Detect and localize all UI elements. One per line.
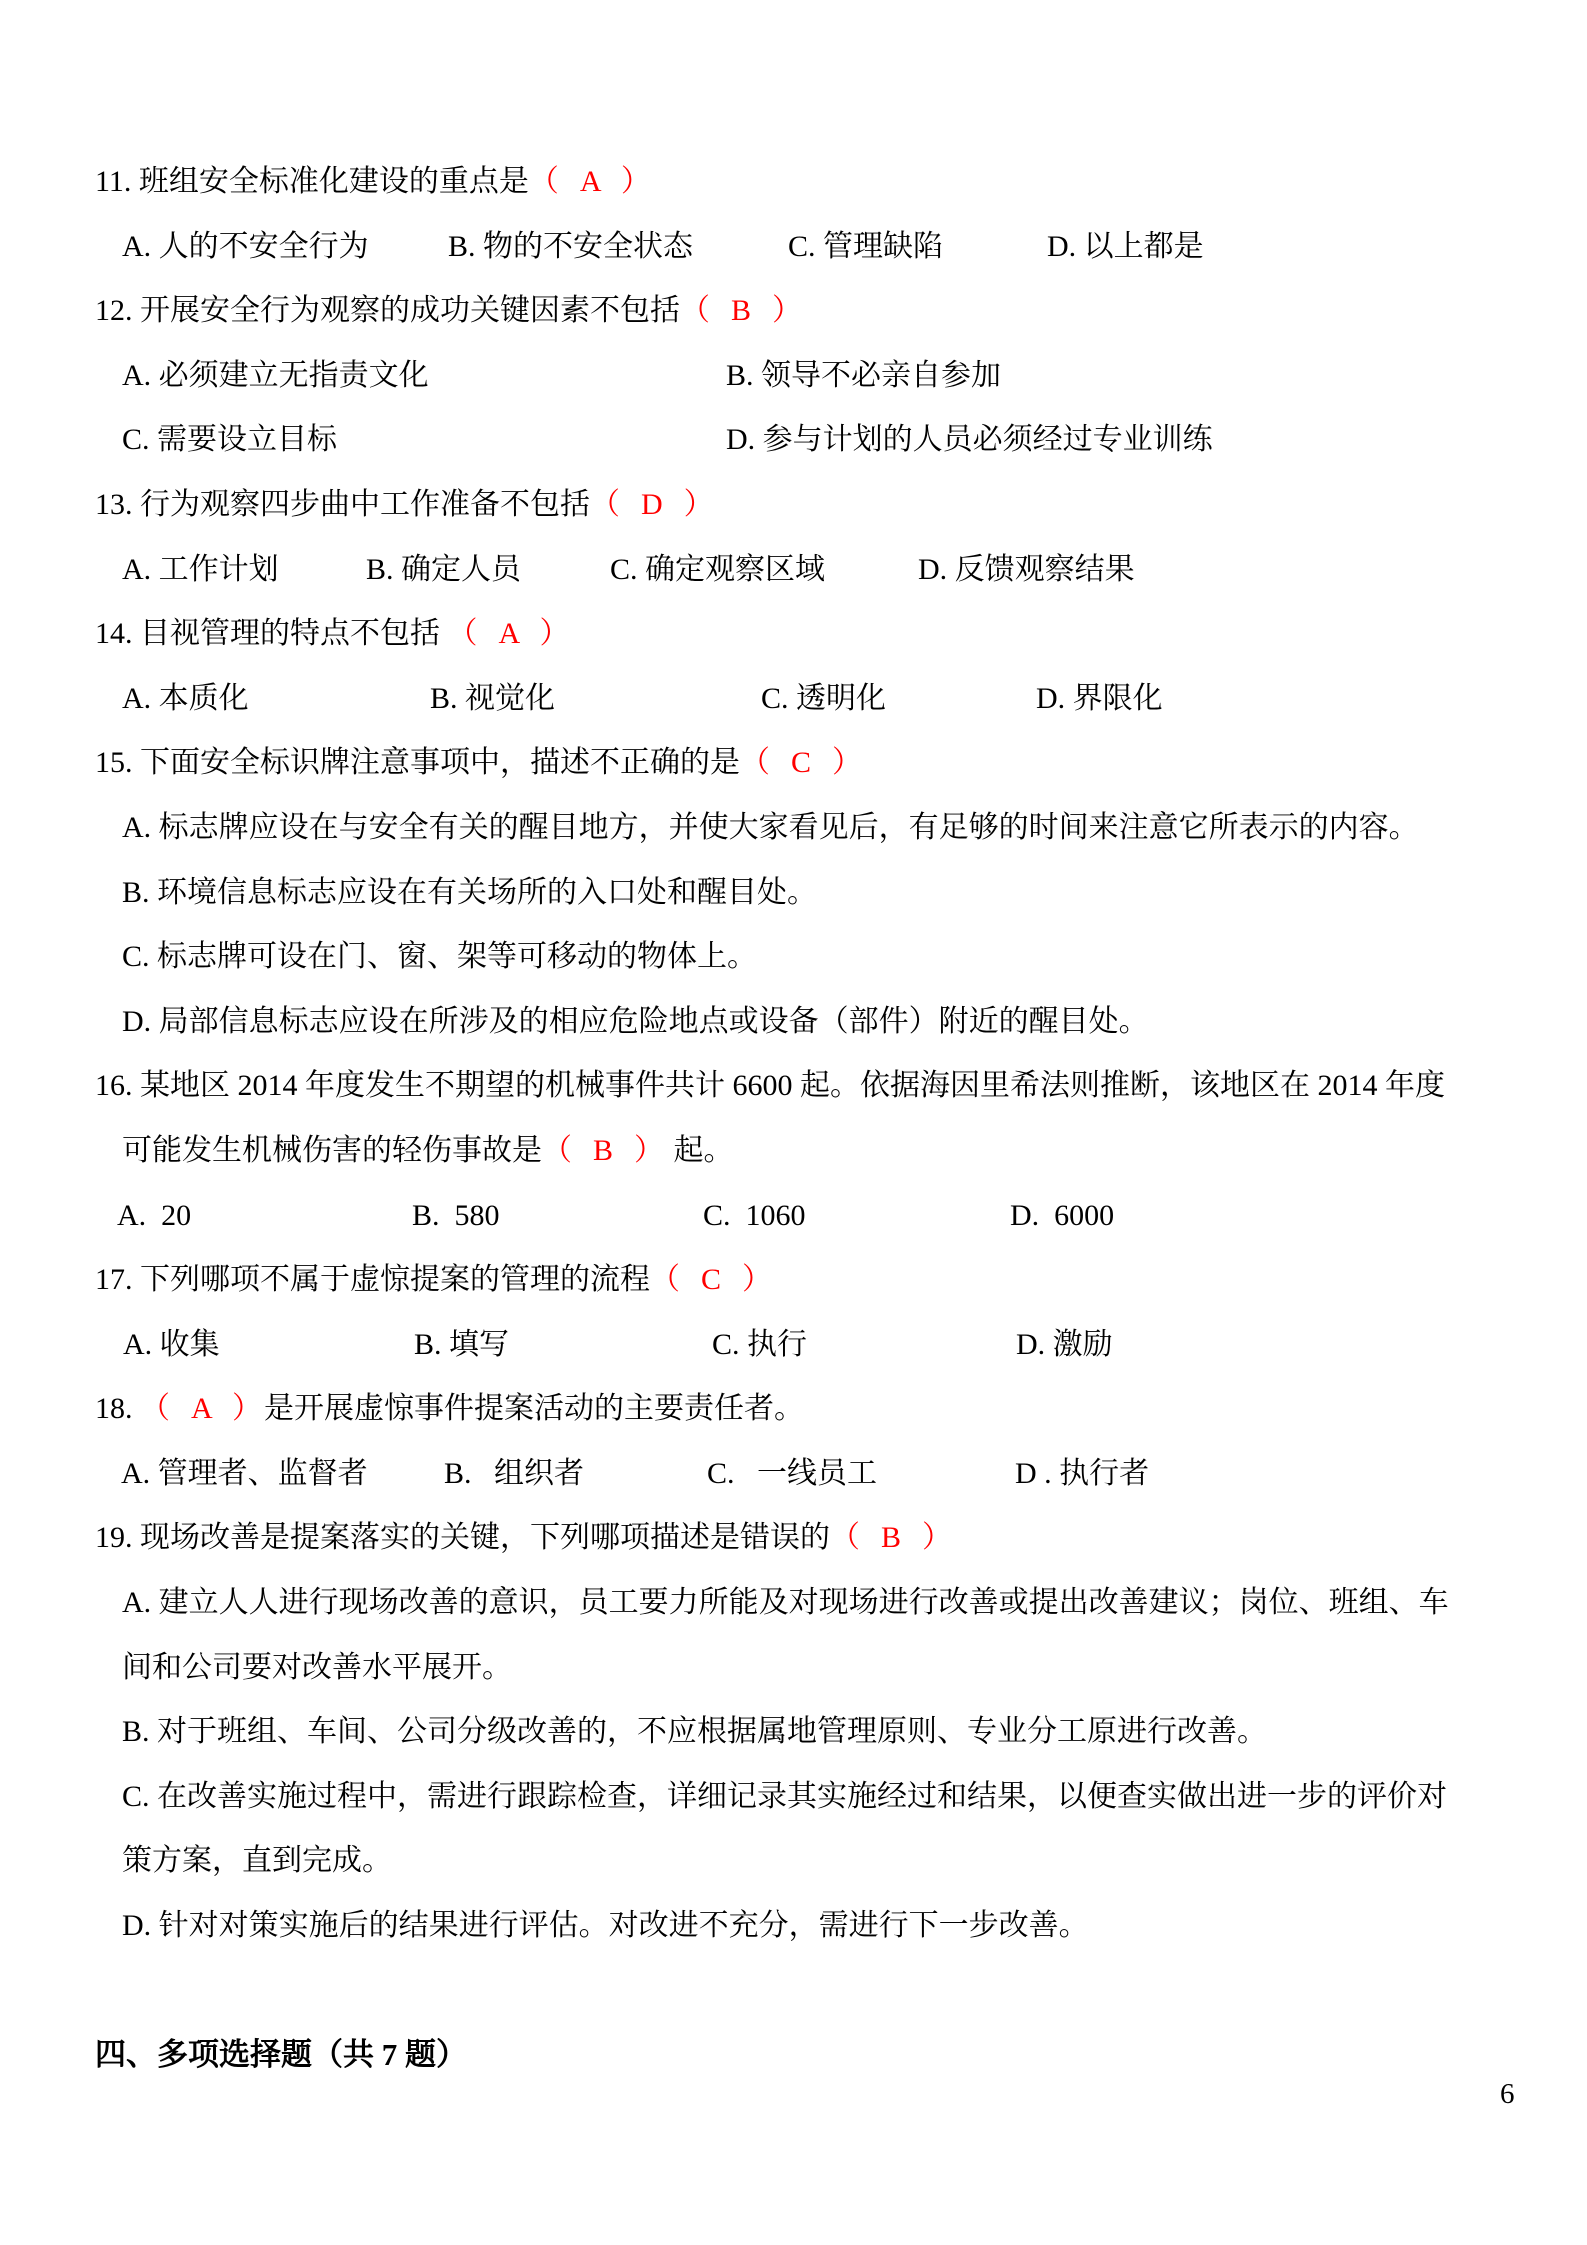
question-12-option-b: B. 领导不必亲自参加 <box>726 344 1001 409</box>
question-13-option-c: C. 确定观察区域 <box>610 538 825 603</box>
question-17-answer: （ C ） <box>650 1263 774 1296</box>
question-15-option-b-text: B. 环境信息标志应设在有关场所的入口处和醒目处。 <box>122 876 817 909</box>
question-19-option-a-text-1: A. 建立人人进行现场改善的意识，员工要力所能及对现场进行改善或提出改善建议；岗… <box>122 1586 1449 1619</box>
question-16-option-a: A. 20 <box>117 1184 191 1249</box>
question-18-option-d: D . 执行者 <box>1015 1442 1149 1507</box>
question-16-option-c: C. 1060 <box>703 1184 806 1249</box>
question-16-option-d: D. 6000 <box>1010 1184 1114 1249</box>
question-17-option-c: C. 执行 <box>712 1313 807 1378</box>
question-12-option-a: A. 必须建立无指责文化 <box>122 344 429 409</box>
blank-line <box>0 1959 1587 2024</box>
question-11-option-d: D. 以上都是 <box>1047 215 1204 280</box>
question-18-stem-pre: 18. <box>95 1392 140 1425</box>
question-14-stem-text: 14. 目视管理的特点不包括 <box>95 617 448 650</box>
question-18-options-row: A. 管理者、监督者 B. 组织者 C. 一线员工 D . 执行者 <box>0 1442 1587 1507</box>
question-15-option-d: D. 局部信息标志应设在所涉及的相应危险地点或设备（部件）附近的醒目处。 <box>0 990 1587 1055</box>
question-13-option-d: D. 反馈观察结果 <box>918 538 1135 603</box>
question-18-option-a: A. 管理者、监督者 <box>121 1442 368 1507</box>
question-19-option-c-text-2: 策方案，直到完成。 <box>122 1844 392 1877</box>
question-15-option-d-text: D. 局部信息标志应设在所涉及的相应危险地点或设备（部件）附近的醒目处。 <box>122 1005 1149 1038</box>
question-11-stem-text: 11. 班组安全标准化建设的重点是 <box>95 165 529 198</box>
question-15-option-a: A. 标志牌应设在与安全有关的醒目地方，并使大家看见后，有足够的时间来注意它所表… <box>0 796 1587 861</box>
question-12-options-row-1: A. 必须建立无指责文化 B. 领导不必亲自参加 <box>0 344 1587 409</box>
question-18-stem: 18. （ A ）是开展虚惊事件提案活动的主要责任者。 <box>0 1377 1587 1442</box>
question-13-options-row: A. 工作计划 B. 确定人员 C. 确定观察区域 D. 反馈观察结果 <box>0 538 1587 603</box>
question-15-option-b: B. 环境信息标志应设在有关场所的入口处和醒目处。 <box>0 861 1587 926</box>
question-16-stem-line-2: 可能发生机械伤害的轻伤事故是（ B ） 起。 <box>0 1119 1587 1184</box>
question-18-stem-post: 是开展虚惊事件提案活动的主要责任者。 <box>264 1392 804 1425</box>
question-17-option-d: D. 激励 <box>1016 1313 1113 1378</box>
question-16-option-b: B. 580 <box>412 1184 500 1249</box>
page-number: 6 <box>1500 2062 1515 2127</box>
question-16-stem-text-1: 16. 某地区 2014 年度发生不期望的机械事件共计 6600 起。依据海因里… <box>95 1069 1445 1102</box>
question-13-stem-text: 13. 行为观察四步曲中工作准备不包括 <box>95 488 590 521</box>
question-19-option-a-text-2: 间和公司要对改善水平展开。 <box>122 1651 512 1684</box>
question-14-stem: 14. 目视管理的特点不包括 （ A ） <box>0 602 1587 667</box>
section-header-text: 四、多项选择题（共 7 题） <box>95 2037 467 2072</box>
question-19-option-a-line-2: 间和公司要对改善水平展开。 <box>0 1636 1587 1701</box>
question-19-stem: 19. 现场改善是提案落实的关键，下列哪项描述是错误的（ B ） <box>0 1506 1587 1571</box>
question-19-option-d: D. 针对对策实施后的结果进行评估。对改进不充分，需进行下一步改善。 <box>0 1894 1587 1959</box>
question-18-option-c: C. 一线员工 <box>707 1442 877 1507</box>
question-18-answer: （ A ） <box>140 1392 264 1425</box>
question-19-option-c-line-1: C. 在改善实施过程中，需进行跟踪检查，详细记录其实施经过和结果，以便查实做出进… <box>0 1765 1587 1830</box>
question-13-option-a: A. 工作计划 <box>122 538 279 603</box>
question-11-stem: 11. 班组安全标准化建设的重点是（ A ） <box>0 150 1587 215</box>
question-19-option-c-text-1: C. 在改善实施过程中，需进行跟踪检查，详细记录其实施经过和结果，以便查实做出进… <box>122 1780 1447 1813</box>
question-19-answer: （ B ） <box>830 1521 954 1554</box>
question-17-option-b: B. 填写 <box>414 1313 509 1378</box>
question-14-options-row: A. 本质化 B. 视觉化 C. 透明化 D. 界限化 <box>0 667 1587 732</box>
question-18-option-b: B. 组织者 <box>444 1442 584 1507</box>
question-15-answer: （ C ） <box>740 746 864 779</box>
question-14-answer: （ A ） <box>448 617 572 650</box>
question-15-option-a-text: A. 标志牌应设在与安全有关的醒目地方，并使大家看见后，有足够的时间来注意它所表… <box>122 811 1419 844</box>
document-page: 11. 班组安全标准化建设的重点是（ A ） A. 人的不安全行为 B. 物的不… <box>0 0 1587 2245</box>
question-15-stem-text: 15. 下面安全标识牌注意事项中，描述不正确的是 <box>95 746 740 779</box>
question-13-option-b: B. 确定人员 <box>366 538 521 603</box>
question-12-stem-text: 12. 开展安全行为观察的成功关键因素不包括 <box>95 294 680 327</box>
question-19-option-b-text: B. 对于班组、车间、公司分级改善的，不应根据属地管理原则、专业分工原进行改善。 <box>122 1715 1267 1748</box>
question-12-option-d: D. 参与计划的人员必须经过专业训练 <box>726 408 1213 473</box>
question-17-stem-text: 17. 下列哪项不属于虚惊提案的管理的流程 <box>95 1263 650 1296</box>
question-17-options-row: A. 收集 B. 填写 C. 执行 D. 激励 <box>0 1313 1587 1378</box>
question-19-option-a-line-1: A. 建立人人进行现场改善的意识，员工要力所能及对现场进行改善或提出改善建议；岗… <box>0 1571 1587 1636</box>
question-11-option-a: A. 人的不安全行为 <box>122 215 369 280</box>
document-content: 11. 班组安全标准化建设的重点是（ A ） A. 人的不安全行为 B. 物的不… <box>0 150 1587 2088</box>
question-19-option-d-text: D. 针对对策实施后的结果进行评估。对改进不充分，需进行下一步改善。 <box>122 1909 1089 1942</box>
question-17-stem: 17. 下列哪项不属于虚惊提案的管理的流程（ C ） <box>0 1248 1587 1313</box>
question-11-option-c: C. 管理缺陷 <box>788 215 943 280</box>
question-16-stem-text-2: 可能发生机械伤害的轻伤事故是 <box>122 1134 542 1167</box>
question-14-option-a: A. 本质化 <box>122 667 249 732</box>
question-19-stem-text: 19. 现场改善是提案落实的关键，下列哪项描述是错误的 <box>95 1521 830 1554</box>
question-11-option-b: B. 物的不安全状态 <box>448 215 693 280</box>
question-16-options-row: A. 20 B. 580 C. 1060 D. 6000 <box>0 1184 1587 1249</box>
question-19-option-c-line-2: 策方案，直到完成。 <box>0 1829 1587 1894</box>
question-12-answer: （ B ） <box>680 294 804 327</box>
question-14-option-d: D. 界限化 <box>1036 667 1163 732</box>
question-11-options-row: A. 人的不安全行为 B. 物的不安全状态 C. 管理缺陷 D. 以上都是 <box>0 215 1587 280</box>
question-11-answer: （ A ） <box>529 165 653 198</box>
question-15-stem: 15. 下面安全标识牌注意事项中，描述不正确的是（ C ） <box>0 731 1587 796</box>
question-12-option-c: C. 需要设立目标 <box>122 408 337 473</box>
question-16-stem-tail: 起。 <box>666 1134 734 1167</box>
question-15-option-c-text: C. 标志牌可设在门、窗、架等可移动的物体上。 <box>122 940 757 973</box>
section-header: 四、多项选择题（共 7 题） <box>0 2023 1587 2088</box>
question-12-options-row-2: C. 需要设立目标 D. 参与计划的人员必须经过专业训练 <box>0 408 1587 473</box>
question-13-stem: 13. 行为观察四步曲中工作准备不包括（ D ） <box>0 473 1587 538</box>
question-19-option-b: B. 对于班组、车间、公司分级改善的，不应根据属地管理原则、专业分工原进行改善。 <box>0 1700 1587 1765</box>
question-12-stem: 12. 开展安全行为观察的成功关键因素不包括（ B ） <box>0 279 1587 344</box>
question-14-option-c: C. 透明化 <box>761 667 886 732</box>
question-14-option-b: B. 视觉化 <box>430 667 555 732</box>
question-16-stem-line-1: 16. 某地区 2014 年度发生不期望的机械事件共计 6600 起。依据海因里… <box>0 1054 1587 1119</box>
question-16-answer: （ B ） <box>542 1134 666 1167</box>
question-15-option-c: C. 标志牌可设在门、窗、架等可移动的物体上。 <box>0 925 1587 990</box>
question-13-answer: （ D ） <box>590 488 716 521</box>
question-17-option-a: A. 收集 <box>123 1313 220 1378</box>
